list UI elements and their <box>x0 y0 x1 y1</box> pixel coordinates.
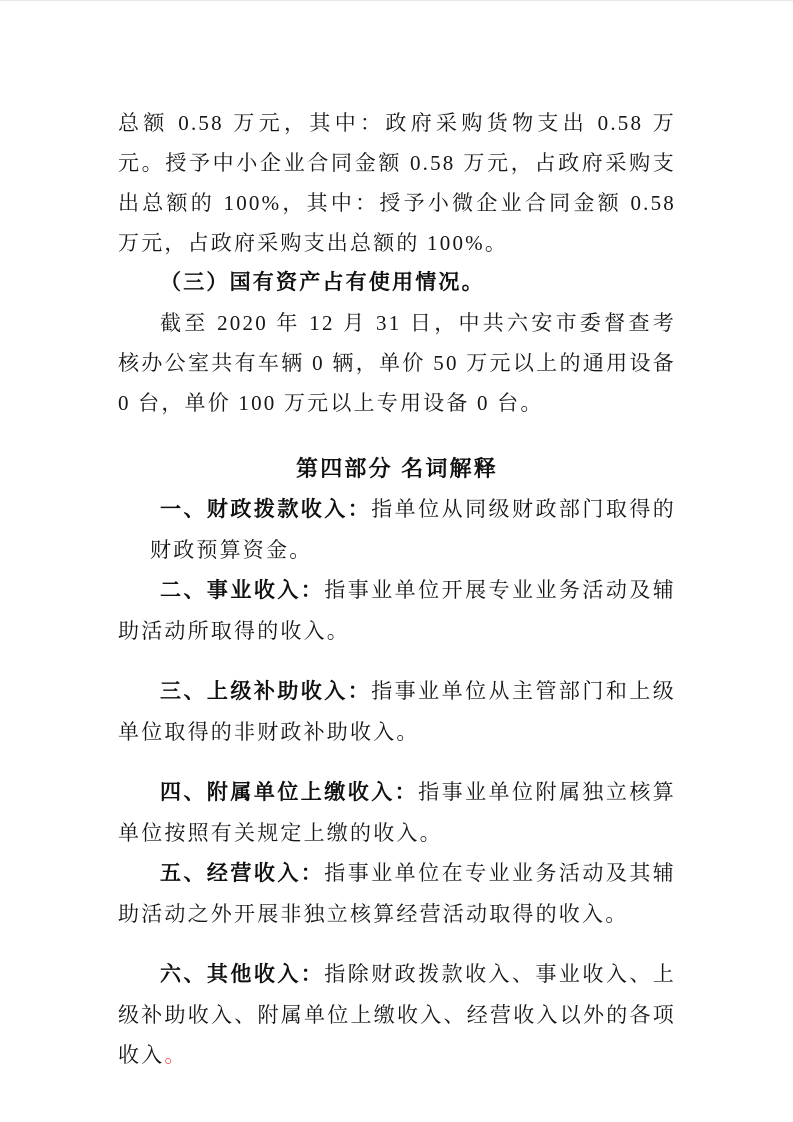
part4-heading: 第四部分 名词解释 <box>118 449 676 489</box>
document-page: 总额 0.58 万元，其中：政府采购货物支出 0.58 万元。授予中小企业合同金… <box>0 0 793 1122</box>
glossary-term-6: 六、其他收入： <box>160 963 324 986</box>
section3-heading: （三）国有资产占有使用情况。 <box>118 263 676 303</box>
carryover-paragraph: 总额 0.58 万元，其中：政府采购货物支出 0.58 万元。授予中小企业合同金… <box>118 103 676 263</box>
glossary-term-3: 三、上级补助收入： <box>160 680 371 703</box>
glossary-term-1: 一、财政拨款收入： <box>160 498 371 521</box>
glossary-item-3: 三、上级补助收入：指事业单位从主管部门和上级单位取得的非财政补助收入。 <box>118 671 676 752</box>
glossary-term-2: 二、事业收入： <box>160 579 324 602</box>
glossary-item-6: 六、其他收入：指除财政拨款收入、事业收入、上级补助收入、附属单位上缴收入、经营收… <box>118 954 676 1075</box>
glossary-item-5: 五、经营收入：指事业单位在专业业务活动及其辅助活动之外开展非独立核算经营活动取得… <box>118 853 676 934</box>
section3-paragraph: 截至 2020 年 12 月 31 日，中共六安市委督查考核办公室共有车辆 0 … <box>118 303 676 423</box>
glossary-item-4: 四、附属单位上缴收入：指事业单位附属独立核算单位按照有关规定上缴的收入。 <box>118 772 676 853</box>
glossary-item-1: 一、财政拨款收入：指单位从同级财政部门取得的财政预算资金。 <box>150 489 676 570</box>
glossary-item-2: 二、事业收入：指事业单位开展专业业务活动及辅助活动所取得的收入。 <box>118 570 676 651</box>
glossary-term-5: 五、经营收入： <box>160 862 324 885</box>
glossary-term-4: 四、附属单位上缴收入： <box>160 781 418 804</box>
red-period: 。 <box>164 1043 187 1067</box>
